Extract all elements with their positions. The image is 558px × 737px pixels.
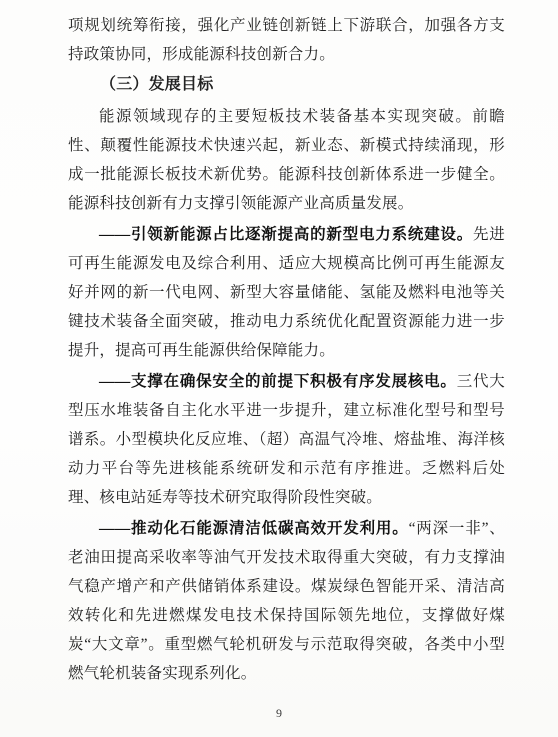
paragraph-overview: 能源领域现存的主要短板技术装备基本实现突破。前瞻性、颠覆性能源技术快速兴起，新业…: [68, 102, 505, 218]
goal-lead: ——推动化石能源清洁低碳高效开发利用。: [99, 520, 409, 537]
section-heading-development-goals: （三）发展目标: [68, 70, 505, 99]
goal-item-power-system: ——引领新能源占比逐渐提高的新型电力系统建设。先进可再生能源发电及综合利用、适应…: [68, 220, 505, 365]
goal-body: “两深一非”、老油田提高采收率等油气开发技术取得重大突破，有力支撑油气稳产增产和…: [68, 520, 505, 682]
goal-item-nuclear-power: ——支撑在确保安全的前提下积极有序发展核电。三代大型压水堆装备自主化水平进一步提…: [68, 367, 505, 512]
goal-item-fossil-energy: ——推动化石能源清洁低碳高效开发利用。“两深一非”、老油田提高采收率等油气开发技…: [68, 514, 505, 688]
goal-lead: ——引领新能源占比逐渐提高的新型电力系统建设。: [99, 226, 473, 243]
goal-body: 三代大型压水堆装备自主化水平进一步提升，建立标准化型号和型号谱系。小型模块化反应…: [68, 373, 505, 506]
document-page: 项规划统筹衔接，强化产业链创新链上下游联合，加强各方支持政策协同，形成能源科技创…: [0, 0, 558, 737]
goal-body: 先进可再生能源发电及综合利用、适应大规模高比例可再生能源友好并网的新一代电网、新…: [68, 226, 505, 359]
paragraph-continuation: 项规划统筹衔接，强化产业链创新链上下游联合，加强各方支持政策协同，形成能源科技创…: [68, 11, 505, 69]
document-body: 项规划统筹衔接，强化产业链创新链上下游联合，加强各方支持政策协同，形成能源科技创…: [0, 0, 558, 688]
page-number: 9: [0, 706, 558, 721]
goal-lead: ——支撑在确保安全的前提下积极有序发展核电。: [99, 373, 457, 390]
